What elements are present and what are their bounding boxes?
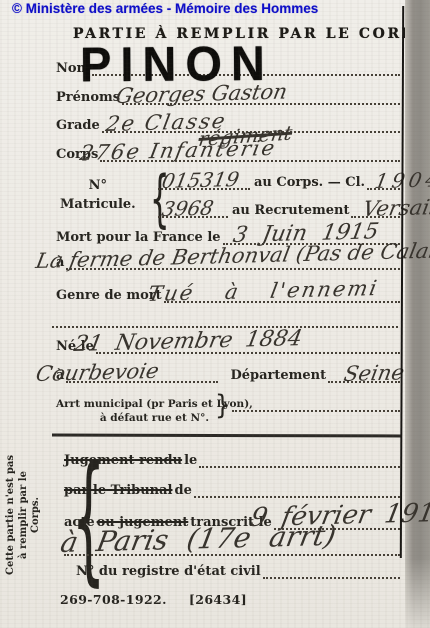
lieu-transcription-handwritten: à Paris (17e arrt) xyxy=(58,519,339,559)
corps-dotted-line: 276e Infanterie xyxy=(100,142,400,162)
matricule-label: N° Matricule. xyxy=(60,177,136,215)
grade-dotted-line: 2e Classe régiment xyxy=(102,113,400,133)
field-corps: Corps 276e Infanterie xyxy=(56,144,400,162)
matricule-recrutement-place-dotted: Versailles xyxy=(351,198,400,218)
matricule-recrutement-place-handwritten: Versailles xyxy=(361,194,430,221)
field-lieu-transcription: à Paris (17e arrt) xyxy=(64,538,400,556)
matricule-corps-label: au Corps. — Cl. xyxy=(250,176,367,190)
matricule-label-line2: Matricule. xyxy=(60,196,136,215)
corps-handwritten: 276e Infanterie xyxy=(78,136,278,165)
genre-mort-handwritten: Tué à l'ennemi xyxy=(146,276,381,306)
jugement-dotted xyxy=(199,448,400,468)
matricule-label-line1: N° xyxy=(60,177,136,196)
print-imprint: 269-708-1922.[26434] xyxy=(60,592,269,607)
lieu-mort-dotted-line: La ferme de Berthonval (Pas de Calais) xyxy=(66,250,400,270)
surname-stamp: PINON xyxy=(80,34,274,93)
field-genre-mort: Genre de mort Tué à l'ennemi xyxy=(56,285,400,303)
field-jugement: Jugement rendu le xyxy=(64,450,400,468)
matricule-recrutement-dotted: 3968 xyxy=(158,198,228,218)
matricule-corps-dotted: 015319 xyxy=(158,170,250,190)
lieu-naissance-dotted: Courbevoie xyxy=(66,363,218,383)
naissance-dotted-line: 21 Novembre 1884 xyxy=(96,334,400,354)
departement-handwritten: Seine xyxy=(342,360,406,386)
field-matricule-corps: 015319 au Corps. — Cl. 1904 xyxy=(158,172,400,190)
tribunal-dotted xyxy=(194,478,400,498)
death-record-scan: © Ministère des armées - Mémoire des Hom… xyxy=(0,0,430,628)
matricule-recrutement-number-handwritten: 3968 xyxy=(160,196,216,221)
departement-label: Département xyxy=(218,369,328,383)
card-edge-line xyxy=(400,6,404,558)
field-grade: Grade 2e Classe régiment xyxy=(56,115,400,133)
matricule-classe-dotted: 1904 xyxy=(367,170,400,190)
naissance-date-handwritten: 21 Novembre 1884 xyxy=(72,326,304,357)
tribunal-label-struck: par le Tribunal xyxy=(64,484,175,498)
arrondissement-dotted xyxy=(232,392,400,412)
matricule-corps-number-handwritten: 015319 xyxy=(160,167,241,193)
field-registre: N° du registre d'état civil xyxy=(76,561,400,579)
departement-dotted: Seine xyxy=(328,363,400,383)
scan-edge-band xyxy=(405,0,430,628)
field-naissance: Né le 21 Novembre 1884 xyxy=(56,336,400,354)
field-arrondissement xyxy=(232,394,400,412)
registre-label: N° du registre d'état civil xyxy=(76,565,263,579)
registre-dotted xyxy=(263,559,400,579)
grade-label: Grade xyxy=(56,119,102,133)
field-lieu-mort: à La ferme de Berthonval (Pas de Calais) xyxy=(56,252,400,270)
lieu-naissance-handwritten: Courbevoie xyxy=(34,359,161,386)
side-note-rotated: Cette partie n'est pas à remplir par le … xyxy=(5,455,47,575)
watermark: © Ministère des armées - Mémoire des Hom… xyxy=(12,1,318,16)
imprint-number: 269-708-1922. xyxy=(60,592,167,607)
tribunal-label-rest: de xyxy=(175,484,194,498)
jugement-label-struck: Jugement rendu xyxy=(64,454,184,468)
arrondissement-brace: } xyxy=(215,392,230,419)
imprint-bracket-number: [26434] xyxy=(189,592,247,607)
scan-edge-fade xyxy=(405,558,430,628)
mort-label: Mort pour la France le xyxy=(56,231,223,245)
genre-mort-dotted-line: Tué à l'ennemi xyxy=(164,283,400,303)
field-tribunal: par le Tribunal de xyxy=(64,480,400,498)
lieu-transcription-dotted: à Paris (17e arrt) xyxy=(64,536,400,556)
matricule-recrutement-label: au Recrutement xyxy=(228,204,351,218)
field-matricule-recrutement: 3968 au Recrutement Versailles xyxy=(158,200,400,218)
field-lieu-naissance: à Courbevoie Département Seine xyxy=(56,365,400,383)
jugement-label-rest: le xyxy=(184,454,199,468)
prenoms-label: Prénoms xyxy=(56,91,122,105)
